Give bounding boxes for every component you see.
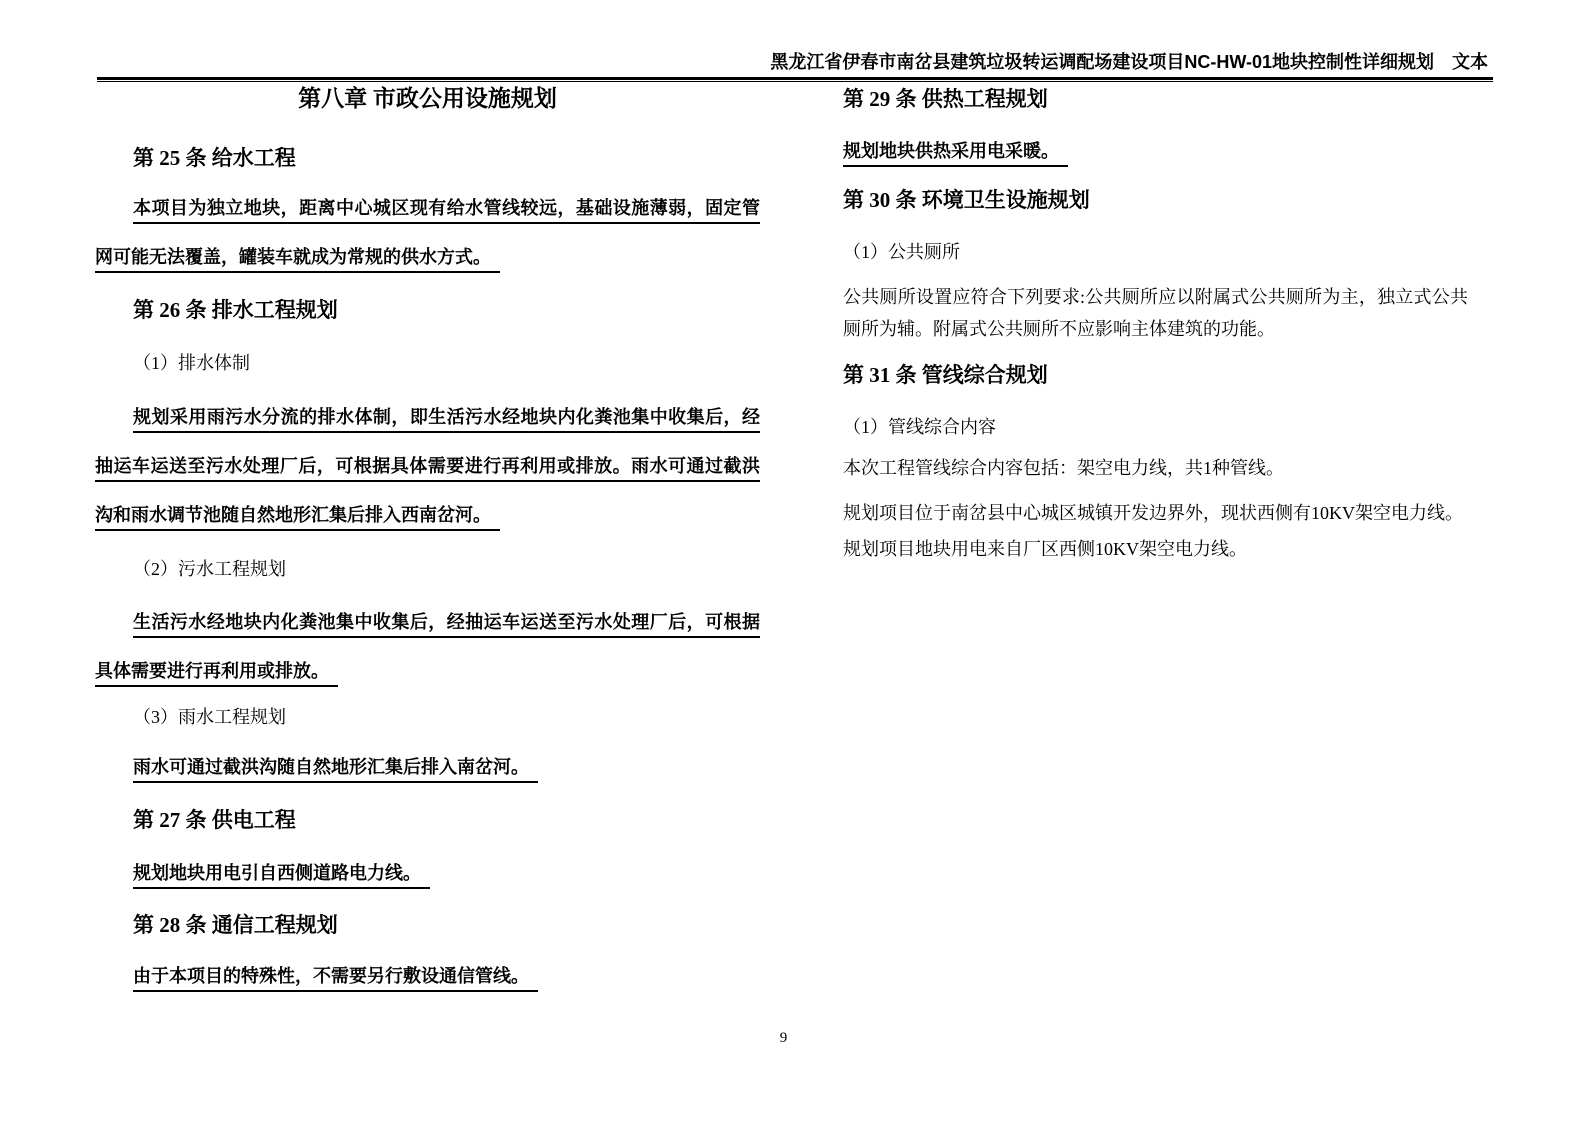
article-27-body: 规划地块用电引自西侧道路电力线。: [95, 849, 760, 898]
article-25-body: 本项目为独立地块，距离中心城区现有给水管线较远，基础设施薄弱，固定管网可能无法覆…: [95, 184, 760, 282]
article-26-heading: 第 26 条 排水工程规划: [95, 296, 760, 324]
article-26-item-2-label: （2）污水工程规划: [95, 556, 760, 582]
article-26-item-3-label: （3）雨水工程规划: [95, 704, 760, 730]
page-header-title: 黑龙江省伊春市南岔县建筑垃圾转运调配场建设项目NC-HW-01地块控制性详细规划…: [97, 50, 1488, 74]
article-27-heading: 第 27 条 供电工程: [95, 806, 760, 834]
article-30-item-1-label: （1）公共厕所: [843, 239, 1468, 265]
article-29-heading: 第 29 条 供热工程规划: [843, 85, 1468, 113]
article-28-heading: 第 28 条 通信工程规划: [95, 911, 760, 939]
article-31-paragraph-3: 规划项目地块用电来自厂区西侧10KV架空电力线。: [843, 533, 1468, 565]
article-25-heading: 第 25 条 给水工程: [95, 144, 760, 172]
chapter-title: 第八章 市政公用设施规划: [95, 84, 760, 114]
header-rule: [97, 77, 1493, 82]
article-28-body: 由于本项目的特殊性，不需要另行敷设通信管线。: [95, 952, 760, 1001]
article-26-item-1-body: 规划采用雨污水分流的排水体制，即生活污水经地块内化粪池集中收集后，经抽运车运送至…: [95, 393, 760, 540]
article-26-item-2-body: 生活污水经地块内化粪池集中收集后，经抽运车运送至污水处理厂后，可根据具体需要进行…: [95, 598, 760, 696]
article-29-body: 规划地块供热采用电采暖。: [843, 135, 1468, 167]
article-26-item-3-body: 雨水可通过截洪沟随自然地形汇集后排入南岔河。: [95, 743, 760, 792]
article-26-item-1-label: （1）排水体制: [95, 350, 760, 376]
article-30-heading: 第 30 条 环境卫生设施规划: [843, 186, 1468, 214]
article-30-item-1-body: 公共厕所设置应符合下列要求:公共厕所应以附属式公共厕所为主，独立式公共厕所为辅。…: [843, 281, 1468, 345]
document-page: 黑龙江省伊春市南岔县建筑垃圾转运调配场建设项目NC-HW-01地块控制性详细规划…: [0, 0, 1587, 1122]
article-31-paragraph-2: 规划项目位于南岔县中心城区城镇开发边界外，现状西侧有10KV架空电力线。: [843, 497, 1468, 529]
page-number: 9: [0, 1028, 1567, 1048]
article-31-item-1-body: 本次工程管线综合内容包括：架空电力线，共1种管线。: [843, 452, 1468, 484]
article-31-item-1-label: （1）管线综合内容: [843, 414, 1468, 440]
article-31-heading: 第 31 条 管线综合规划: [843, 361, 1468, 389]
